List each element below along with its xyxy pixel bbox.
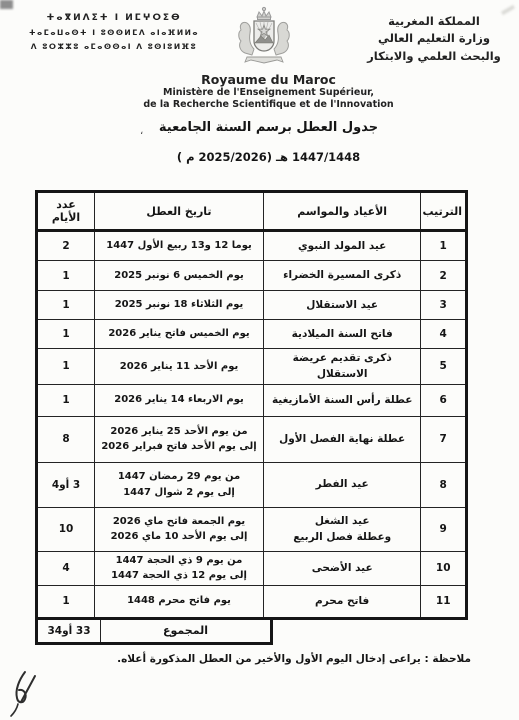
days-cell: 2 <box>37 231 95 261</box>
order-cell: 10 <box>421 551 467 585</box>
holiday-cell: عيد الأضحى <box>263 551 420 585</box>
date-cell: من يوم 29 رمضان 1447إلى يوم 2 شوال 1447 <box>95 462 264 507</box>
holiday-cell: ذكرى تقديم عريضة الاستقلال <box>263 349 420 385</box>
table-row: 2 ذكرى المسيرة الخضراء يوم الخميس 6 نونب… <box>37 261 467 291</box>
days-cell: 1 <box>37 384 95 416</box>
order-cell: 8 <box>421 462 467 507</box>
days-cell: 8 <box>37 416 95 462</box>
days-cell: 10 <box>37 507 95 551</box>
order-cell: 11 <box>421 585 467 618</box>
holidays-table: الترتيب الأعياد والمواسم تاريخ العطل عدد… <box>35 190 468 620</box>
holiday-cell: عيد الاستقلال <box>263 291 420 320</box>
column-header-order: الترتيب <box>421 192 467 231</box>
holidays-table-container: الترتيب الأعياد والمواسم تاريخ العطل عدد… <box>35 190 468 645</box>
date-cell: يوم الأحد 11 يناير 2026 <box>95 349 264 385</box>
date-cell: يوم فاتح محرم 1448 <box>95 585 264 618</box>
table-row: 7 عطلة نهاية الفصل الأول من يوم الأحد 25… <box>37 416 467 462</box>
order-cell: 9 <box>421 507 467 551</box>
days-cell: 1 <box>37 291 95 320</box>
date-cell: من يوم الأحد 25 يناير 2026إلى يوم الأحد … <box>95 416 264 462</box>
holiday-cell: عيد المولد النبوي <box>263 231 420 261</box>
holiday-cell: عطلة نهاية الفصل الأول <box>263 416 420 462</box>
order-cell: 3 <box>421 291 467 320</box>
date-cell: يوما 12 و13 ربيع الأول 1447 <box>95 231 264 261</box>
table-row: 8 عيد الفطر من يوم 29 رمضان 1447إلى يوم … <box>37 462 467 507</box>
scan-smudge-top-left <box>0 0 13 9</box>
french-ministry-line: Ministère de l'Enseignement Supérieur, <box>18 87 519 99</box>
days-cell: 4 <box>37 551 95 585</box>
total-days-cell: 33 أو34 <box>37 618 101 643</box>
date-cell: يوم الخميس فاتح يناير 2026 <box>95 320 264 349</box>
french-research-line: de la Recherche Scientifique et de l'Inn… <box>18 99 519 111</box>
days-cell: 1 <box>37 349 95 385</box>
days-cell: 3 أو4 <box>37 462 95 507</box>
column-header-days: عدد الأيام <box>37 192 95 231</box>
date-cell: يوم الجمعة فاتح ماي 2026إلى يوم الأحد 10… <box>95 507 264 551</box>
order-cell: 5 <box>421 349 467 385</box>
holiday-cell: ذكرى المسيرة الخضراء <box>263 261 420 291</box>
footer-note: ملاحظة : يراعى إدخال اليوم الأول والأخير… <box>117 653 471 665</box>
table-row: 4 فاتح السنة الميلادية يوم الخميس فاتح ي… <box>37 320 467 349</box>
document-title: جدول العطل برسم السنة الجامعية <box>18 120 519 135</box>
total-label-cell: المجموع <box>101 618 272 643</box>
holiday-cell: عيد الفطر <box>263 462 420 507</box>
total-row: المجموع 33 أو34 <box>37 618 272 643</box>
table-header-row: الترتيب الأعياد والمواسم تاريخ العطل عدد… <box>37 192 467 231</box>
scanned-document-page: { "header": { "tifinagh": { "line1": "ⵜⴰ… <box>0 0 519 720</box>
order-cell: 6 <box>421 384 467 416</box>
column-header-holiday: الأعياد والمواسم <box>263 192 420 231</box>
holiday-cell: فاتح محرم <box>263 585 420 618</box>
table-row: 6 عطلة رأس السنة الأمازيغية يوم الاربعاء… <box>37 384 467 416</box>
arabic-research-line: والبحث العلمي والابتكار <box>358 48 510 65</box>
table-row: 9 عيد الشغلوعطلة فصل الربيع يوم الجمعة ف… <box>37 507 467 551</box>
order-cell: 2 <box>421 261 467 291</box>
holiday-cell: عيد الشغلوعطلة فصل الربيع <box>263 507 420 551</box>
order-cell: 7 <box>421 416 467 462</box>
days-cell: 1 <box>37 320 95 349</box>
table-row: 5 ذكرى تقديم عريضة الاستقلال يوم الأحد 1… <box>37 349 467 385</box>
tifinagh-line-3: ⴷ ⵓⵔⵣⵣⵓ ⴰⵎⴰⵙⵙⴰⵏ ⴷ ⵓⵙⵏⵓⵍⴼⵓ <box>16 42 212 51</box>
arabic-header-block: المملكة المغربية وزارة التعليم العالي وا… <box>358 13 510 65</box>
days-cell: 1 <box>37 585 95 618</box>
column-header-date: تاريخ العطل <box>95 192 264 231</box>
tifinagh-line-1: ⵜⴰⴳⵍⴷⵉⵜ ⵏ ⵍⵎⵖⵔⵉⴱ <box>16 13 212 23</box>
date-cell: يوم الثلاثاء 18 نونبر 2025 <box>95 291 264 320</box>
table-row: 11 فاتح محرم يوم فاتح محرم 1448 1 <box>37 585 467 618</box>
academic-year-line: 1447/1448 هـ (2025/2026 م ) <box>18 150 519 164</box>
holiday-cell: عطلة رأس السنة الأمازيغية <box>263 384 420 416</box>
holiday-cell: فاتح السنة الميلادية <box>263 320 420 349</box>
order-cell: 4 <box>421 320 467 349</box>
tifinagh-header-block: ⵜⴰⴳⵍⴷⵉⵜ ⵏ ⵍⵎⵖⵔⵉⴱ ⵜⴰⵎⴰⵡⴰⵙⵜ ⵏ ⵓⵙⵙⵍⵎⴷ ⴰⵏⴰⴼⵍ… <box>16 13 212 51</box>
moroccan-coat-of-arms-icon <box>233 5 295 69</box>
table-row: 3 عيد الاستقلال يوم الثلاثاء 18 نونبر 20… <box>37 291 467 320</box>
arabic-kingdom-line: المملكة المغربية <box>358 13 510 30</box>
arabic-ministry-line: وزارة التعليم العالي <box>358 30 510 47</box>
date-cell: يوم الاربعاء 14 يناير 2026 <box>95 384 264 416</box>
french-header-block: Royaume du Maroc Ministère de l'Enseigne… <box>18 72 519 110</box>
date-cell: يوم الخميس 6 نونبر 2025 <box>95 261 264 291</box>
days-cell: 1 <box>37 261 95 291</box>
tifinagh-line-2: ⵜⴰⵎⴰⵡⴰⵙⵜ ⵏ ⵓⵙⵙⵍⵎⴷ ⴰⵏⴰⴼⵍⵍⴰ <box>16 28 212 37</box>
total-row-table: المجموع 33 أو34 <box>35 617 273 645</box>
handwritten-initials <box>5 668 49 718</box>
order-cell: 1 <box>421 231 467 261</box>
date-cell: من يوم 9 ذي الحجة 1447إلى يوم 12 ذي الحج… <box>95 551 264 585</box>
french-kingdom-line: Royaume du Maroc <box>18 72 519 87</box>
table-row: 10 عيد الأضحى من يوم 9 ذي الحجة 1447إلى … <box>37 551 467 585</box>
table-row: 1 عيد المولد النبوي يوما 12 و13 ربيع الأ… <box>37 231 467 261</box>
